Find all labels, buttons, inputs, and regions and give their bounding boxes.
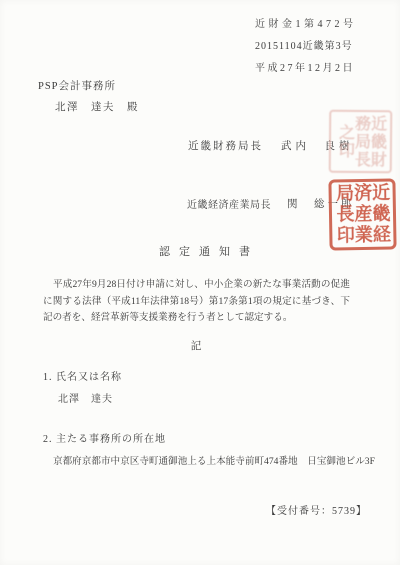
reference-number-1: 近財金1第472号 (255, 14, 357, 36)
sender1-title: 近畿財務局長 (188, 138, 263, 153)
scanned-document-page: 近財金1第472号 20151104近畿第3号 平成27年12月2日 PSP会計… (0, 0, 400, 565)
item2-label: 2. 主たる事務所の所在地 (43, 430, 166, 445)
seal-column: 局長印 (335, 183, 354, 246)
recipient-name: 北澤 達夫 殿 (55, 99, 139, 114)
item1-label: 1. 氏名又は名称 (43, 368, 122, 383)
document-date: 平成27年12月2日 (255, 58, 357, 80)
ki-separator: 記 (0, 338, 392, 353)
body-paragraph: 平成27年9月28日付け申請に対し、中小企業の新たな事業活動の促進に関する法律（… (43, 277, 350, 327)
reference-number-2: 20151104近畿第3号 (255, 36, 357, 58)
item1-value-name: 北澤 達夫 (58, 390, 113, 405)
reference-block: 近財金1第472号 20151104近畿第3号 平成27年12月2日 (255, 14, 357, 80)
fiscal-bureau-seal-stamp: 近畿財 務局長 之印 (329, 110, 393, 174)
recipient-organization: PSP会計事務所 (38, 78, 116, 93)
seal-column: 済産業 (353, 183, 372, 246)
document-title: 認定通知書 (0, 243, 400, 259)
item2-value-address: 京都府京都市中京区寺町通御池上る上本能寺前町474番地 日宝御池ビル3F (53, 453, 375, 467)
economy-bureau-seal-stamp: 近畿経 済産業 局長印 (328, 178, 396, 250)
seal-column: 近畿経 (371, 183, 390, 246)
seal-column: 務局長 (352, 114, 368, 168)
sender2-title: 近畿経済産業局長 (187, 196, 271, 211)
seal-column: 之印 (336, 123, 352, 159)
seal-column: 近畿財 (368, 115, 384, 169)
receipt-number: 【受付番号：5739】 (266, 502, 367, 517)
